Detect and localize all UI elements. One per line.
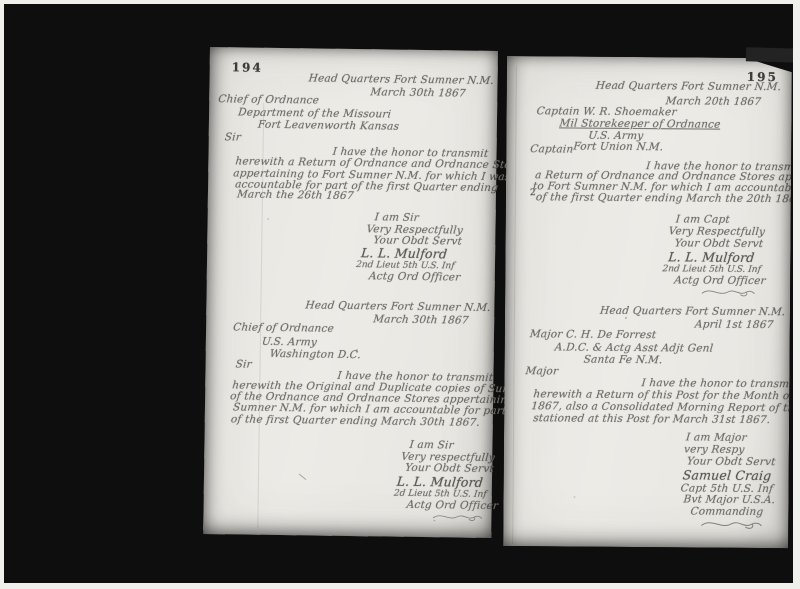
book-page-right: 195 2 Head Quarters Fort Sumner N.M.Marc… (503, 56, 792, 548)
address-line: Santa Fe N.M. (583, 355, 663, 367)
speck (268, 218, 269, 220)
salutation: Sir (224, 132, 241, 144)
heading-line: Head Quarters Fort Sumner N.M. (599, 306, 785, 319)
signature-flourish (698, 519, 764, 532)
closing-line: Actg Ord Officer (368, 271, 461, 284)
microfilm-scan: 194 Head Quarters Fort Sumner N.M.March … (0, 0, 800, 589)
salutation: Major (525, 366, 559, 378)
address-line: Chief of Ordnance (232, 322, 334, 335)
salutation: Sir (235, 359, 252, 371)
heading-line: Head Quarters Fort Sumner N.M. (304, 300, 490, 314)
body-line: March the 26th 1867 (236, 189, 354, 202)
address-line: Chief of Ordnance (218, 94, 320, 107)
address-line: Fort Leavenworth Kansas (257, 120, 399, 134)
heading-line: Head Quarters Fort Sumner N.M. (595, 81, 781, 94)
address-line: Major C. H. De Forrest (529, 329, 656, 342)
signature-name: L. L. Mulford (668, 250, 755, 264)
body-line: of the first Quarter ending March 30th 1… (230, 414, 480, 429)
salutation: Captain (530, 144, 574, 156)
film-frame: 194 Head Quarters Fort Sumner N.M.March … (4, 4, 793, 583)
speck (574, 497, 576, 498)
film-notch (746, 47, 793, 63)
signature-name: L. L. Mulford (396, 475, 483, 490)
date-line: March 30th 1867 (372, 314, 469, 327)
page-crease (512, 66, 517, 544)
signature-name: L. L. Mulford (360, 246, 447, 261)
book-page-left: 194 Head Quarters Fort Sumner N.M.March … (203, 47, 498, 538)
stray-mark (299, 474, 307, 480)
closing-line: Commanding (690, 506, 764, 518)
signature-name: Samuel Craig (682, 468, 772, 482)
signature-flourish (700, 287, 756, 299)
page-number: 194 (232, 61, 263, 73)
body-line: of the first Quarter ending March the 20… (535, 192, 793, 206)
body-line: stationed at this Post for March 31st 18… (533, 413, 771, 426)
signature-flourish (431, 511, 483, 524)
date-line: March 30th 1867 (369, 87, 466, 100)
address-line: Washington D.C. (269, 349, 361, 362)
date-line: April 1st 1867 (695, 319, 775, 331)
address-line: Fort Union N.M. (573, 142, 664, 154)
heading-line: Head Quarters Fort Sumner N.M. (308, 73, 494, 87)
date-line: March 20th 1867 (665, 96, 762, 108)
